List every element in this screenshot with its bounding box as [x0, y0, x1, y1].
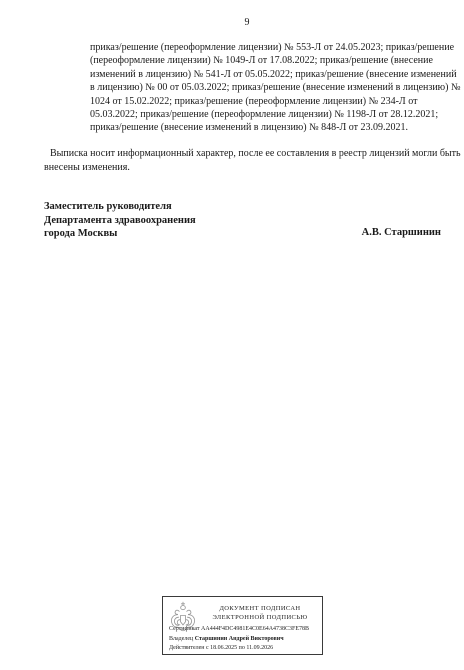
stamp-certificate-line: Сертификат AA444F4DC4981E4C0E64A4738C3FE…: [169, 625, 319, 635]
stamp-header-line: ЭЛЕКТРОННОЙ ПОДПИСЬЮ: [201, 614, 319, 623]
stamp-owner-line: Владелец Старшинин Андрей Викторович: [169, 635, 319, 645]
signer-title-line: Заместитель руководителя: [44, 200, 444, 214]
note-line: Выписка носит информационный характер, п…: [44, 147, 449, 161]
orders-line: (переоформление лицензии) № 1049-Л от 17…: [90, 54, 450, 67]
orders-line: 05.03.2022; приказ/решение (переоформлен…: [90, 108, 450, 121]
document-page: 9 приказ/решение (переоформление лицензи…: [0, 0, 464, 670]
stamp-validity-line: Действителен с 18.06.2025 по 11.09.2026: [169, 644, 319, 654]
electronic-signature-stamp: ДОКУМЕНТ ПОДПИСАН ЭЛЕКТРОННОЙ ПОДПИСЬЮ С…: [162, 596, 323, 655]
owner-label: Владелец: [169, 636, 193, 642]
orders-line: приказ/решение (внесение изменений в лиц…: [90, 121, 450, 134]
orders-paragraph: приказ/решение (переоформление лицензии)…: [90, 41, 450, 135]
orders-line: 1024 от 15.02.2022; приказ/решение (пере…: [90, 95, 450, 108]
stamp-header: ДОКУМЕНТ ПОДПИСАН ЭЛЕКТРОННОЙ ПОДПИСЬЮ: [201, 605, 319, 622]
certificate-value: AA444F4DC4981E4C0E64A4738C3FE78B: [201, 626, 309, 632]
signer-title-line: Департамента здравоохранения: [44, 214, 444, 228]
certificate-label: Сертификат: [169, 626, 200, 632]
orders-line: в лицензию) № 00 от 05.03.2022; приказ/р…: [90, 81, 450, 94]
orders-line: приказ/решение (переоформление лицензии)…: [90, 41, 450, 54]
stamp-details: Сертификат AA444F4DC4981E4C0E64A4738C3FE…: [169, 625, 319, 654]
informational-note: Выписка носит информационный характер, п…: [44, 147, 449, 176]
orders-line: изменений в лицензию) № 541-Л от 05.05.2…: [90, 68, 450, 81]
note-line: внесены изменения.: [44, 161, 449, 175]
signer-name: А.В. Старшинин: [362, 227, 441, 238]
stamp-header-line: ДОКУМЕНТ ПОДПИСАН: [201, 605, 319, 614]
page-number: 9: [30, 17, 464, 28]
owner-name: Старшинин Андрей Викторович: [195, 636, 284, 642]
